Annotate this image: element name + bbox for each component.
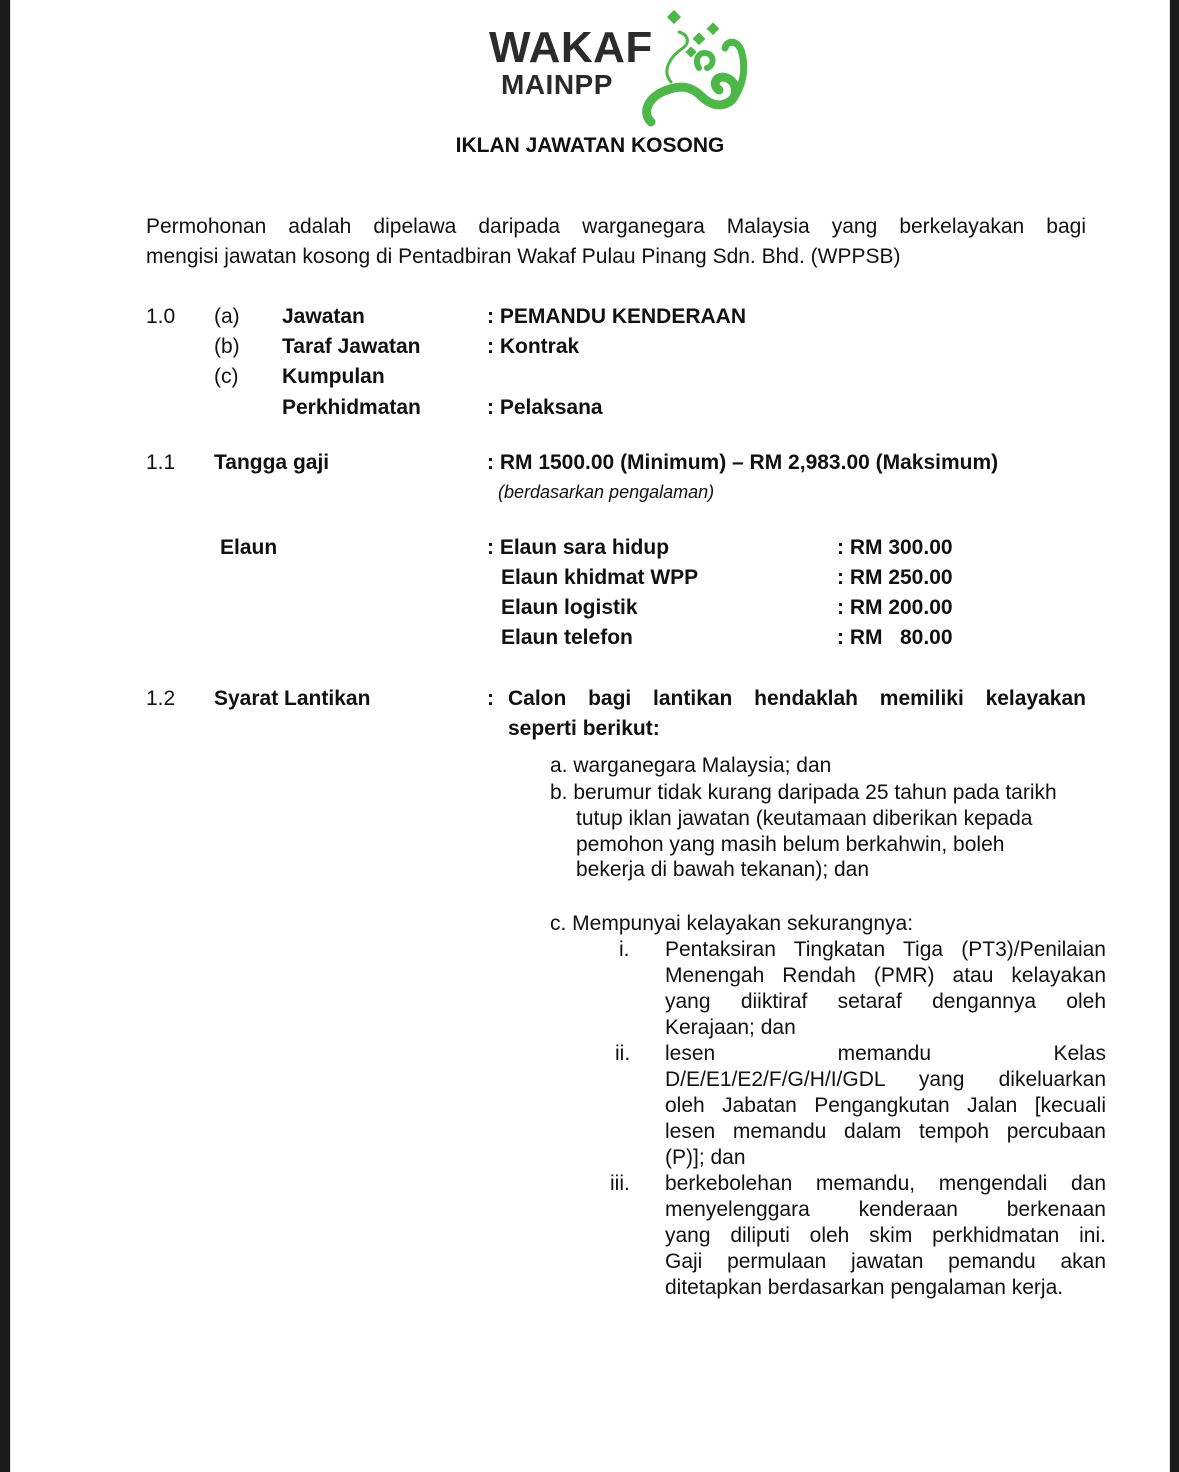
sub-number: iii.	[610, 1172, 630, 1196]
field-label-perkhidmatan: Perkhidmatan	[282, 396, 421, 420]
sub-number: ii.	[615, 1042, 630, 1066]
field-label-elaun: Elaun	[220, 536, 277, 560]
sub-line: ditetapkan berdasarkan pengalaman kerja.	[665, 1276, 1063, 1300]
sub-line: Menengah Rendah (PMR) atau kelayakan	[665, 964, 1106, 988]
intro-line: Permohonan adalah dipelawa daripada warg…	[146, 212, 1086, 242]
sub-line: oleh Jabatan Pengangkutan Jalan [kecuali	[665, 1094, 1106, 1118]
field-value-kumpulan: : Pelaksana	[487, 396, 603, 420]
sub-line: berkebolehan memandu, mengendali dan	[665, 1172, 1106, 1196]
requirement-c: c. Mempunyai kelayakan sekurangnya:	[550, 912, 913, 936]
intro-paragraph: Permohonan adalah dipelawa daripada warg…	[146, 212, 1086, 272]
logo-text-mainpp: MAINPP	[501, 70, 613, 100]
allowance-name: : Elaun sara hidup	[487, 536, 669, 560]
logo-text-wakaf: WAKAF	[489, 26, 653, 70]
field-label-jawatan: Jawatan	[282, 305, 365, 329]
requirement-b: pemohon yang masih belum berkahwin, bole…	[576, 833, 1004, 857]
section-number: 1.0	[146, 305, 175, 329]
page-title: IKLAN JAWATAN KOSONG	[11, 134, 1169, 158]
allowance-amount: : RM 250.00	[837, 566, 953, 590]
field-label-syarat: Syarat Lantikan	[214, 687, 370, 711]
field-value-taraf: : Kontrak	[487, 335, 579, 359]
allowance-name: Elaun telefon	[501, 626, 633, 650]
requirements-intro: Calon bagi lantikan hendaklah memiliki k…	[508, 687, 1086, 711]
section-number: 1.2	[146, 687, 175, 711]
section-number: 1.1	[146, 451, 175, 475]
allowance-amount: : RM 300.00	[837, 536, 953, 560]
field-value-gaji: : RM 1500.00 (Minimum) – RM 2,983.00 (Ma…	[487, 451, 998, 475]
sub-line: Pentaksiran Tingkatan Tiga (PT3)/Penilai…	[665, 938, 1106, 962]
sub-line: lesen memandu Kelas	[665, 1042, 1106, 1066]
document-page: WAKAF MAINPP IKLAN JAWATAN KOSONG Permoh…	[10, 0, 1170, 1472]
field-label-gaji: Tangga gaji	[214, 451, 329, 475]
sub-line: yang diiktiraf setaraf dengannya oleh	[665, 990, 1106, 1014]
field-label-taraf: Taraf Jawatan	[282, 335, 421, 359]
field-value-jawatan: : PEMANDU KENDERAAN	[487, 305, 746, 329]
requirement-b: tutup iklan jawatan (keutamaan diberikan…	[576, 807, 1032, 831]
allowance-amount: : RM 80.00	[837, 626, 953, 650]
allowance-name: Elaun logistik	[501, 596, 638, 620]
salary-note: (berdasarkan pengalaman)	[498, 480, 714, 504]
requirements-intro: seperti berikut:	[508, 717, 660, 741]
item-letter: (c)	[214, 365, 239, 389]
sub-line: yang diliputi oleh skim perkhidmatan ini…	[665, 1224, 1106, 1248]
intro-line: mengisi jawatan kosong di Pentadbiran Wa…	[146, 242, 1086, 272]
sub-line: D/E/E1/E2/F/G/H/I/GDL yang dikeluarkan	[665, 1068, 1106, 1092]
item-letter: (b)	[214, 335, 240, 359]
sub-line: (P)]; dan	[665, 1146, 746, 1170]
sub-line: Gaji permulaan jawatan pemandu akan	[665, 1250, 1106, 1274]
sub-number: i.	[619, 938, 630, 962]
requirement-b: b. berumur tidak kurang daripada 25 tahu…	[550, 781, 1057, 805]
waqf-calligraphy-icon	[631, 4, 761, 132]
allowance-name: Elaun khidmat WPP	[501, 566, 698, 590]
sub-line: lesen memandu dalam tempoh percubaan	[665, 1120, 1106, 1144]
item-letter: (a)	[214, 305, 240, 329]
colon: :	[487, 687, 494, 711]
sub-line: menyelenggara kenderaan berkenaan	[665, 1198, 1106, 1222]
requirement-b: bekerja di bawah tekanan); dan	[576, 858, 869, 882]
requirement-a: a. warganegara Malaysia; dan	[550, 754, 831, 778]
allowance-amount: : RM 200.00	[837, 596, 953, 620]
field-label-kumpulan: Kumpulan	[282, 365, 385, 389]
sub-line: Kerajaan; dan	[665, 1016, 796, 1040]
